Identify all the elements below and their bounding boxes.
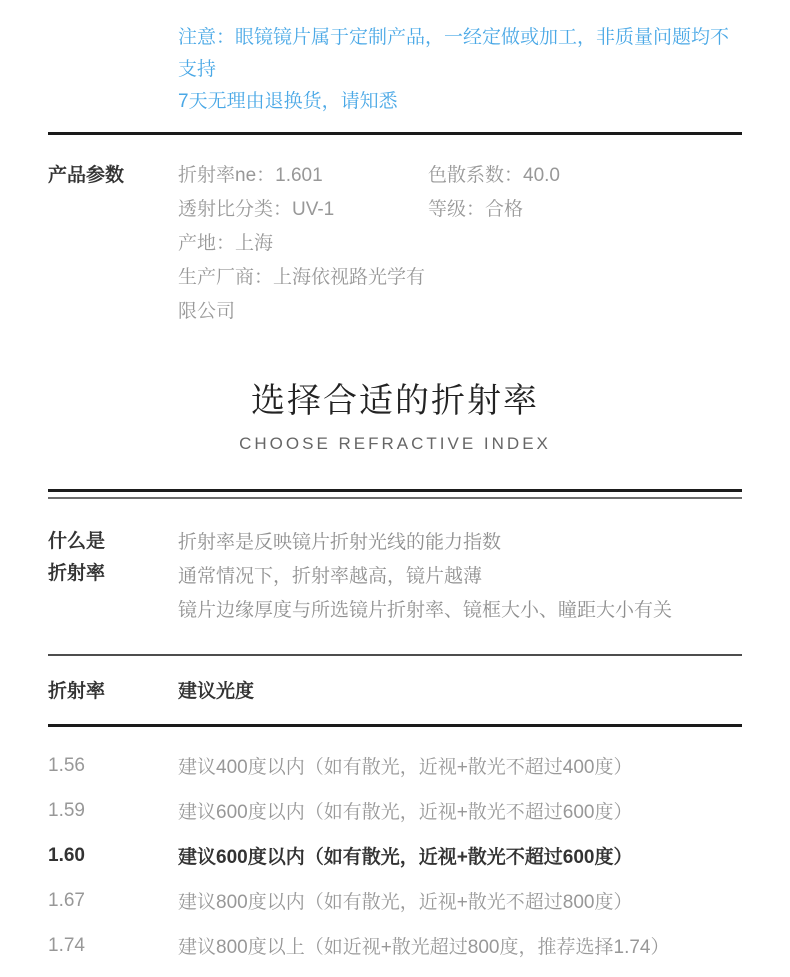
table-header-divider	[48, 724, 742, 727]
row-suggestion: 建议600度以内（如有散光，近视+散光不超过600度）	[178, 797, 742, 824]
row-suggestion: 建议800度以内（如有散光，近视+散光不超过800度）	[178, 887, 742, 914]
index-table-header: 折射率 建议光度	[0, 676, 790, 703]
what-is-section: 什么是 折射率 折射率是反映镜片折射光线的能力指数 通常情况下，折射率越高，镜片…	[0, 526, 790, 628]
refractive-index-heading: 选择合适的折射率 CHOOSE REFRACTIVE INDEX	[0, 381, 790, 454]
row-index-value: 1.74	[48, 935, 178, 957]
param-row: 生产厂商：上海依视路光学有限公司	[178, 261, 742, 329]
section-divider-top	[48, 132, 742, 135]
page-title: 选择合适的折射率	[0, 381, 790, 421]
table-row: 1.56 建议400度以内（如有散光，近视+散光不超过400度）	[0, 743, 790, 788]
description-line: 镜片边缘厚度与所选镜片折射率、镜框大小、瞳距大小有关	[178, 594, 742, 628]
param-origin: 产地：上海	[178, 227, 428, 261]
param-transmittance-class: 透射比分类：UV-1	[178, 193, 428, 227]
what-is-label-line-2: 折射率	[48, 558, 178, 590]
param-empty	[428, 261, 742, 329]
row-index-value: 1.67	[48, 890, 178, 912]
what-is-label-line-1: 什么是	[48, 526, 178, 558]
row-index-value: 1.60	[48, 845, 178, 867]
notice-line-2: 7天无理由退换货，请知悉	[178, 86, 742, 118]
index-table-rows: 1.56 建议400度以内（如有散光，近视+散光不超过400度） 1.59 建议…	[0, 743, 790, 968]
param-row: 产地：上海	[178, 227, 742, 261]
page-subtitle: CHOOSE REFRACTIVE INDEX	[0, 434, 790, 454]
table-row: 1.74 建议800度以上（如近视+散光超过800度，推荐选择1.74）	[0, 923, 790, 968]
param-refractive-index: 折射率ne：1.601	[178, 159, 428, 193]
param-abbe-number: 色散系数：40.0	[428, 159, 742, 193]
notice-line-1: 注意：眼镜镜片属于定制产品，一经定做或加工，非质量问题均不支持	[178, 22, 742, 86]
row-index-value: 1.56	[48, 755, 178, 777]
param-grade: 等级：合格	[428, 193, 742, 227]
section-divider-heavy	[48, 489, 742, 492]
table-row: 1.60 建议600度以内（如有散光，近视+散光不超过600度）	[0, 833, 790, 878]
header-refractive-index: 折射率	[48, 676, 178, 703]
section-divider-light	[48, 497, 742, 499]
param-row: 透射比分类：UV-1 等级：合格	[178, 193, 742, 227]
product-detail-page: 注意：眼镜镜片属于定制产品，一经定做或加工，非质量问题均不支持 7天无理由退换货…	[0, 0, 790, 977]
param-manufacturer: 生产厂商：上海依视路光学有限公司	[178, 261, 428, 329]
row-suggestion: 建议400度以内（如有散光，近视+散光不超过400度）	[178, 752, 742, 779]
table-top-divider	[48, 654, 742, 656]
description-line: 通常情况下，折射率越高，镜片越薄	[178, 560, 742, 594]
what-is-description: 折射率是反映镜片折射光线的能力指数 通常情况下，折射率越高，镜片越薄 镜片边缘厚…	[178, 526, 742, 628]
product-params-section: 产品参数 折射率ne：1.601 色散系数：40.0 透射比分类：UV-1 等级…	[0, 159, 790, 329]
header-suggested-power: 建议光度	[178, 676, 742, 703]
description-line: 折射率是反映镜片折射光线的能力指数	[178, 526, 742, 560]
table-row: 1.67 建议800度以内（如有散光，近视+散光不超过800度）	[0, 878, 790, 923]
row-suggestion: 建议600度以内（如有散光，近视+散光不超过600度）	[178, 842, 742, 869]
params-grid: 折射率ne：1.601 色散系数：40.0 透射比分类：UV-1 等级：合格 产…	[178, 159, 742, 329]
param-row: 折射率ne：1.601 色散系数：40.0	[178, 159, 742, 193]
param-empty	[428, 227, 742, 261]
row-suggestion: 建议800度以上（如近视+散光超过800度，推荐选择1.74）	[178, 932, 742, 959]
params-section-label: 产品参数	[48, 159, 178, 329]
purchase-notice: 注意：眼镜镜片属于定制产品，一经定做或加工，非质量问题均不支持 7天无理由退换货…	[0, 0, 790, 118]
what-is-label: 什么是 折射率	[48, 526, 178, 628]
row-index-value: 1.59	[48, 800, 178, 822]
table-row: 1.59 建议600度以内（如有散光，近视+散光不超过600度）	[0, 788, 790, 833]
